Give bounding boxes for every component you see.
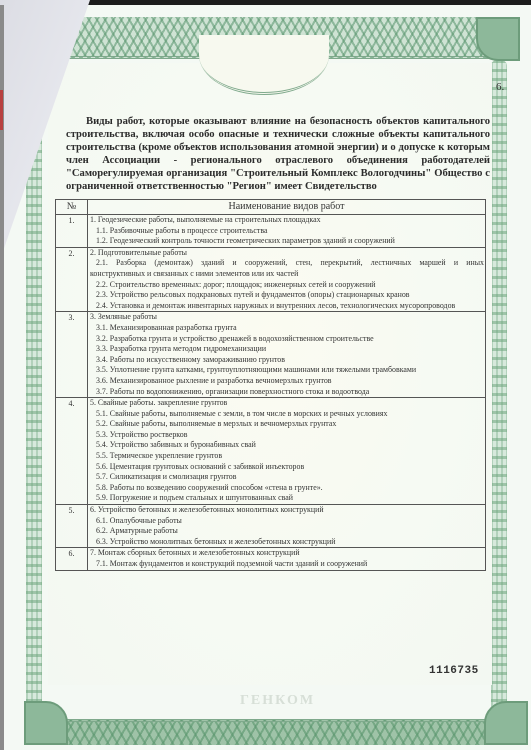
page-number: 6. — [496, 81, 504, 93]
table-row: 5.6. Устройство бетонных и железобетонны… — [56, 505, 486, 548]
work-group-title: 5. Свайные работы. закрепление грунтов — [90, 398, 484, 409]
work-group-title: 7. Монтаж сборных бетонных и железобетон… — [90, 548, 484, 559]
work-item: 1.1. Разбивочные работы в процессе строи… — [90, 226, 484, 237]
table-row: 2.2. Подготовительные работы2.1. Разборк… — [56, 247, 486, 312]
work-item: конструктивных и связанных с ними элемен… — [90, 269, 484, 280]
table-header-row: № Наименование видов работ — [56, 200, 486, 215]
row-number: 1. — [56, 215, 88, 248]
serial-number: 1116735 — [429, 665, 479, 677]
work-group-title: 2. Подготовительные работы — [90, 248, 484, 259]
work-group-title: 6. Устройство бетонных и железобетонных … — [90, 505, 484, 516]
row-number: 5. — [56, 505, 88, 548]
work-group-title: 3. Земляные работы — [90, 312, 484, 323]
guilloche-border-bottom — [34, 719, 514, 745]
binder-edge — [0, 90, 3, 130]
work-item: 1.2. Геодезический контроль точности гео… — [90, 236, 484, 247]
row-description: 6. Устройство бетонных и железобетонных … — [88, 505, 486, 548]
work-item: 5.7. Силикатизация и смолизация грунтов — [90, 472, 484, 483]
work-item: 6.2. Арматурные работы — [90, 526, 484, 537]
work-item: 3.5. Уплотнение грунта катками, грунтоуп… — [90, 365, 484, 376]
ornament-corner-bottom-right — [484, 701, 528, 745]
work-item: 5.6. Цементация грунтовых оснований с за… — [90, 462, 484, 473]
row-description: 5. Свайные работы. закрепление грунтов5.… — [88, 398, 486, 505]
work-item: 3.4. Работы по искусственному заморажива… — [90, 355, 484, 366]
work-item: 3.3. Разработка грунта методом гидромеха… — [90, 344, 484, 355]
column-header-name: Наименование видов работ — [88, 200, 486, 215]
work-item: 5.5. Термическое укрепление грунтов — [90, 451, 484, 462]
work-item: 5.1. Свайные работы, выполняемые с земли… — [90, 409, 484, 420]
ornament-corner-bottom-left — [24, 701, 68, 745]
work-item: 5.8. Работы по возведению сооружений спо… — [90, 483, 484, 494]
table-row: 1.1. Геодезические работы, выполняемые н… — [56, 215, 486, 248]
row-number: 4. — [56, 398, 88, 505]
work-item: 2.1. Разборка (демонтаж) зданий и сооруж… — [90, 258, 484, 269]
table-row: 4.5. Свайные работы. закрепление грунтов… — [56, 398, 486, 505]
row-description: 2. Подготовительные работы2.1. Разборка … — [88, 247, 486, 312]
work-item: 5.3. Устройство ростверков — [90, 430, 484, 441]
work-group-title: 1. Геодезические работы, выполняемые на … — [90, 215, 484, 226]
work-item: 5.4. Устройство забивных и буронабивных … — [90, 440, 484, 451]
guilloche-border-right — [491, 60, 507, 720]
work-item: 5.2. Свайные работы, выполняемые в мерзл… — [90, 419, 484, 430]
work-item: 6.1. Опалубочные работы — [90, 516, 484, 527]
works-table: № Наименование видов работ 1.1. Геодезич… — [55, 199, 486, 571]
row-description: 7. Монтаж сборных бетонных и железобетон… — [88, 548, 486, 570]
row-description: 3. Земляные работы3.1. Механизированная … — [88, 312, 486, 398]
row-number: 6. — [56, 548, 88, 570]
work-item: 3.7. Работы по водопонижению, организаци… — [90, 387, 484, 398]
row-description: 1. Геодезические работы, выполняемые на … — [88, 215, 486, 248]
work-item: 3.1. Механизированная разработка грунта — [90, 323, 484, 334]
watermark: ГЕНКОМ — [240, 693, 315, 709]
table-row: 3.3. Земляные работы3.1. Механизированна… — [56, 312, 486, 398]
column-header-number: № — [56, 200, 88, 215]
table-row: 6.7. Монтаж сборных бетонных и железобет… — [56, 548, 486, 570]
intro-paragraph: Виды работ, которые оказывают влияние на… — [66, 115, 490, 193]
work-item: 2.2. Строительство временных: дорог; пло… — [90, 280, 484, 291]
work-item: 5.9. Погружение и подъем стальных и шпун… — [90, 493, 484, 504]
work-item: 2.4. Установка и демонтаж инвентарных на… — [90, 301, 484, 312]
row-number: 2. — [56, 247, 88, 312]
row-number: 3. — [56, 312, 88, 398]
work-item: 3.6. Механизированное рыхление и разрабо… — [90, 376, 484, 387]
work-item: 3.2. Разработка грунта и устройство дрен… — [90, 334, 484, 345]
work-item: 2.3. Устройство рельсовых подкрановых пу… — [90, 290, 484, 301]
work-item: 6.3. Устройство монолитных бетонных и же… — [90, 537, 484, 548]
work-item: 7.1. Монтаж фундаментов и конструкций по… — [90, 559, 484, 570]
ornament-corner-top-right — [476, 17, 520, 61]
